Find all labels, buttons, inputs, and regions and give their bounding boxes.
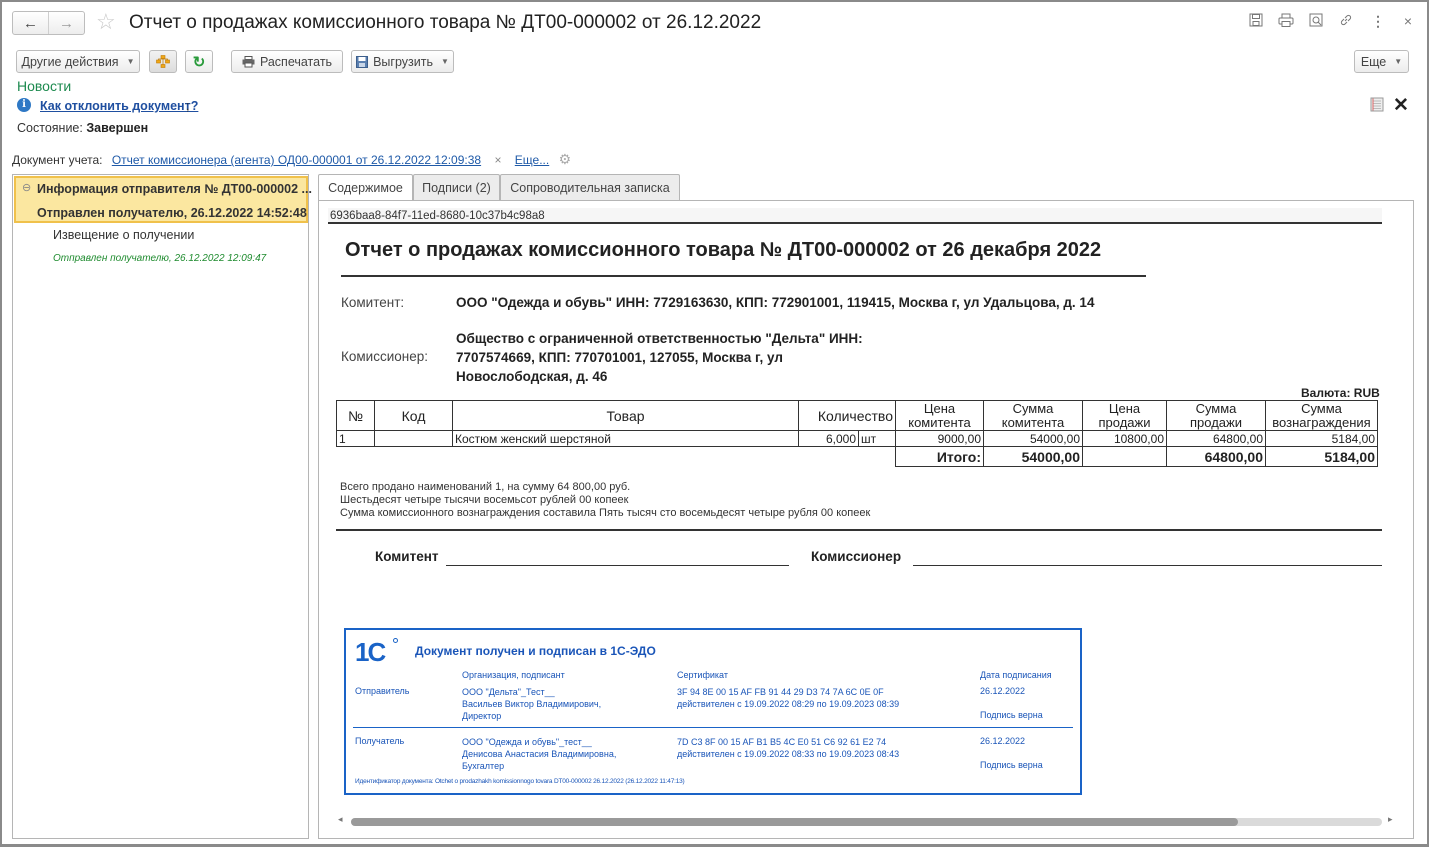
document-state: Состояние: Завершен [17,121,148,135]
tree-item-status: Отправлен получателю, 26.12.2022 14:52:4… [37,206,307,220]
col-sale-price: Ценапродажи [1083,401,1167,431]
exchange-tree: ⊖ Информация отправителя № ДТ00-000002 .… [12,174,309,839]
structure-button[interactable] [149,50,177,73]
receiver-date: 26.12.2022 [980,736,1025,746]
col-item: Товар [453,401,799,431]
refresh-button[interactable]: ↻ [185,50,213,73]
save-icon[interactable] [1246,13,1266,30]
col-number: № [337,401,375,431]
accounting-doc-link[interactable]: Отчет комиссионера (агента) ОД00-000001 … [112,153,481,167]
floppy-icon [356,56,368,68]
cell-code [375,431,453,447]
col-principal-sum: Суммакомитента [984,401,1083,431]
cell-item: Костюм женский шерстяной [453,431,799,447]
scroll-left-icon[interactable]: ◂ [338,814,343,825]
stamp-divider [353,727,1073,728]
more-button[interactable]: Еще▼ [1354,50,1409,73]
principal-sign-line [446,565,789,566]
accounting-doc-label: Документ учета: [12,153,102,167]
news-list-icon[interactable] [1370,97,1384,117]
print-button[interactable]: Распечатать [231,50,343,73]
receiver-role: Получатель [355,736,404,746]
document-identifier: Идентификатор документа: Otchet o prodaz… [355,778,685,785]
state-label: Состояние: [17,121,83,135]
total-sale-price [1083,447,1167,467]
table-header-row: № Код Товар Количество Ценакомитента Сум… [337,401,1378,431]
printer-icon [242,56,255,68]
sender-verdict: Подпись верна [980,710,1043,720]
agent-sign-label: Комиссионер [811,549,901,564]
principal-sign-label: Комитент [375,549,438,564]
summary-divider [336,529,1382,531]
printed-form-title: Отчет о продажах комиссионного товара № … [345,239,1101,262]
settings-gear-icon[interactable]: ⚙ [559,151,572,167]
col-qty: Количество [799,401,896,431]
agent-details: Общество с ограниченной ответственностью… [456,329,863,386]
cell-principal-price: 9000,00 [896,431,984,447]
link-suffix: ; [186,99,189,113]
history-nav: ← → [12,11,85,35]
table-row: 1 Костюм женский шерстяной 6,000 шт 9000… [337,431,1378,447]
cell-number: 1 [337,431,375,447]
hierarchy-icon [156,55,170,68]
other-actions-button[interactable]: Другие действия▼ [16,50,140,73]
col-sale-sum: Суммапродажи [1167,401,1266,431]
total-sale-sum: 64800,00 [1167,447,1266,467]
sender-role: Отправитель [355,686,409,696]
export-label: Выгрузить [373,55,433,69]
edo-signature-stamp: 1С Документ получен и подписан в 1С-ЭДО … [344,628,1082,795]
info-icon: i [17,98,31,112]
cell-qty: 6,000 [799,431,859,447]
tree-item-receipt-notice[interactable]: Извещение о получении [53,228,194,242]
collapse-icon[interactable]: ⊖ [22,181,31,194]
sender-org: ООО "Дельта"_Тест__Васильев Виктор Влади… [462,686,601,722]
accounting-document-row: Документ учета: Отчет комиссионера (аген… [12,151,571,168]
scrollbar-thumb[interactable] [351,818,1238,826]
other-actions-label: Другие действия [21,55,118,69]
col-principal-price: Ценакомитента [896,401,984,431]
favorite-star-icon[interactable]: ☆ [96,9,116,35]
chevron-down-icon: ▼ [1394,57,1402,66]
cell-sale-sum: 64800,00 [1167,431,1266,447]
print-icon[interactable] [1276,13,1296,30]
principal-label: Комитент: [341,295,404,310]
forward-arrow-icon[interactable]: → [48,12,84,34]
currency-label: Валюта: RUB [1301,386,1380,400]
chevron-down-icon: ▼ [441,57,449,66]
total-principal-sum: 54000,00 [984,447,1083,467]
totals-label: Итого: [896,447,984,467]
receiver-cert: 7D C3 8F 00 15 AF B1 B5 4C E0 51 C6 92 6… [677,736,899,760]
cell-fee: 5184,00 [1266,431,1378,447]
sender-date: 26.12.2022 [980,686,1025,696]
agent-label: Комиссионер: [341,349,428,364]
sender-cert: 3F 94 8E 00 15 AF FB 91 44 29 D3 74 7A 6… [677,686,899,710]
receiver-org: ООО "Одежда и обувь"_тест__Денисова Анас… [462,736,616,772]
export-button[interactable]: Выгрузить▼ [351,50,454,73]
more-label: Еще [1361,55,1386,69]
receiver-verdict: Подпись верна [980,760,1043,770]
summary-text: Всего продано наименований 1, на сумму 6… [340,481,870,520]
chevron-down-icon: ▼ [127,57,135,66]
cell-unit: шт [859,431,896,447]
stamp-title: Документ получен и подписан в 1С-ЭДО [415,644,656,658]
stamp-col-org: Организация, подписант [462,670,565,680]
how-to-reject-link[interactable]: Как отклонить документ? [40,99,198,113]
clear-link-icon[interactable]: × [494,153,501,167]
state-value: Завершен [86,121,148,135]
stamp-col-date: Дата подписания [980,670,1052,680]
refresh-icon: ↻ [193,53,206,71]
tree-item-receipt-status: Отправлен получателю, 26.12.2022 12:09:4… [53,253,266,264]
stamp-col-cert: Сертификат [677,670,728,680]
window-title: Отчет о продажах комиссионного товара № … [129,12,761,34]
more-vertical-icon[interactable]: ⋮ [1368,13,1388,30]
window-frame: ← → ☆ Отчет о продажах комиссионного тов… [0,0,1429,847]
scroll-right-icon[interactable]: ▸ [1388,814,1393,825]
document-guid: 6936baa8-84f7-11ed-8680-10c37b4c98a8 [328,208,1382,224]
tree-item-sender-info[interactable]: ⊖ Информация отправителя № ДТ00-000002 .… [14,176,308,223]
principal-details: ООО "Одежда и обувь" ИНН: 7729163630, КП… [456,293,1094,312]
news-heading: Новости [17,78,71,94]
print-label: Распечатать [260,55,332,69]
agent-sign-line [913,565,1382,566]
link-icon[interactable] [1336,13,1356,30]
col-code: Код [375,401,453,431]
back-arrow-icon[interactable]: ← [13,12,48,34]
tab-signatures[interactable]: Подписи (2) [413,174,500,200]
cell-principal-sum: 54000,00 [984,431,1083,447]
goods-table: № Код Товар Количество Ценакомитента Сум… [336,400,1378,467]
close-icon[interactable]: × [1398,13,1418,29]
close-news-icon[interactable]: ✕ [1393,94,1409,117]
title-divider [341,275,1146,277]
cell-sale-price: 10800,00 [1083,431,1167,447]
tree-item-title: Информация отправителя № ДТ00-000002 ... [37,182,312,196]
total-fee: 5184,00 [1266,447,1378,467]
1c-logo: 1С [355,637,384,668]
col-fee: Суммавознаграждения [1266,401,1378,431]
preview-icon[interactable] [1306,13,1326,30]
tab-content[interactable]: Содержимое [318,174,413,201]
totals-row: Итого: 54000,00 64800,00 5184,00 [337,447,1378,467]
more-docs-link[interactable]: Еще... [515,153,549,167]
tab-cover-note[interactable]: Сопроводительная записка [500,174,680,200]
